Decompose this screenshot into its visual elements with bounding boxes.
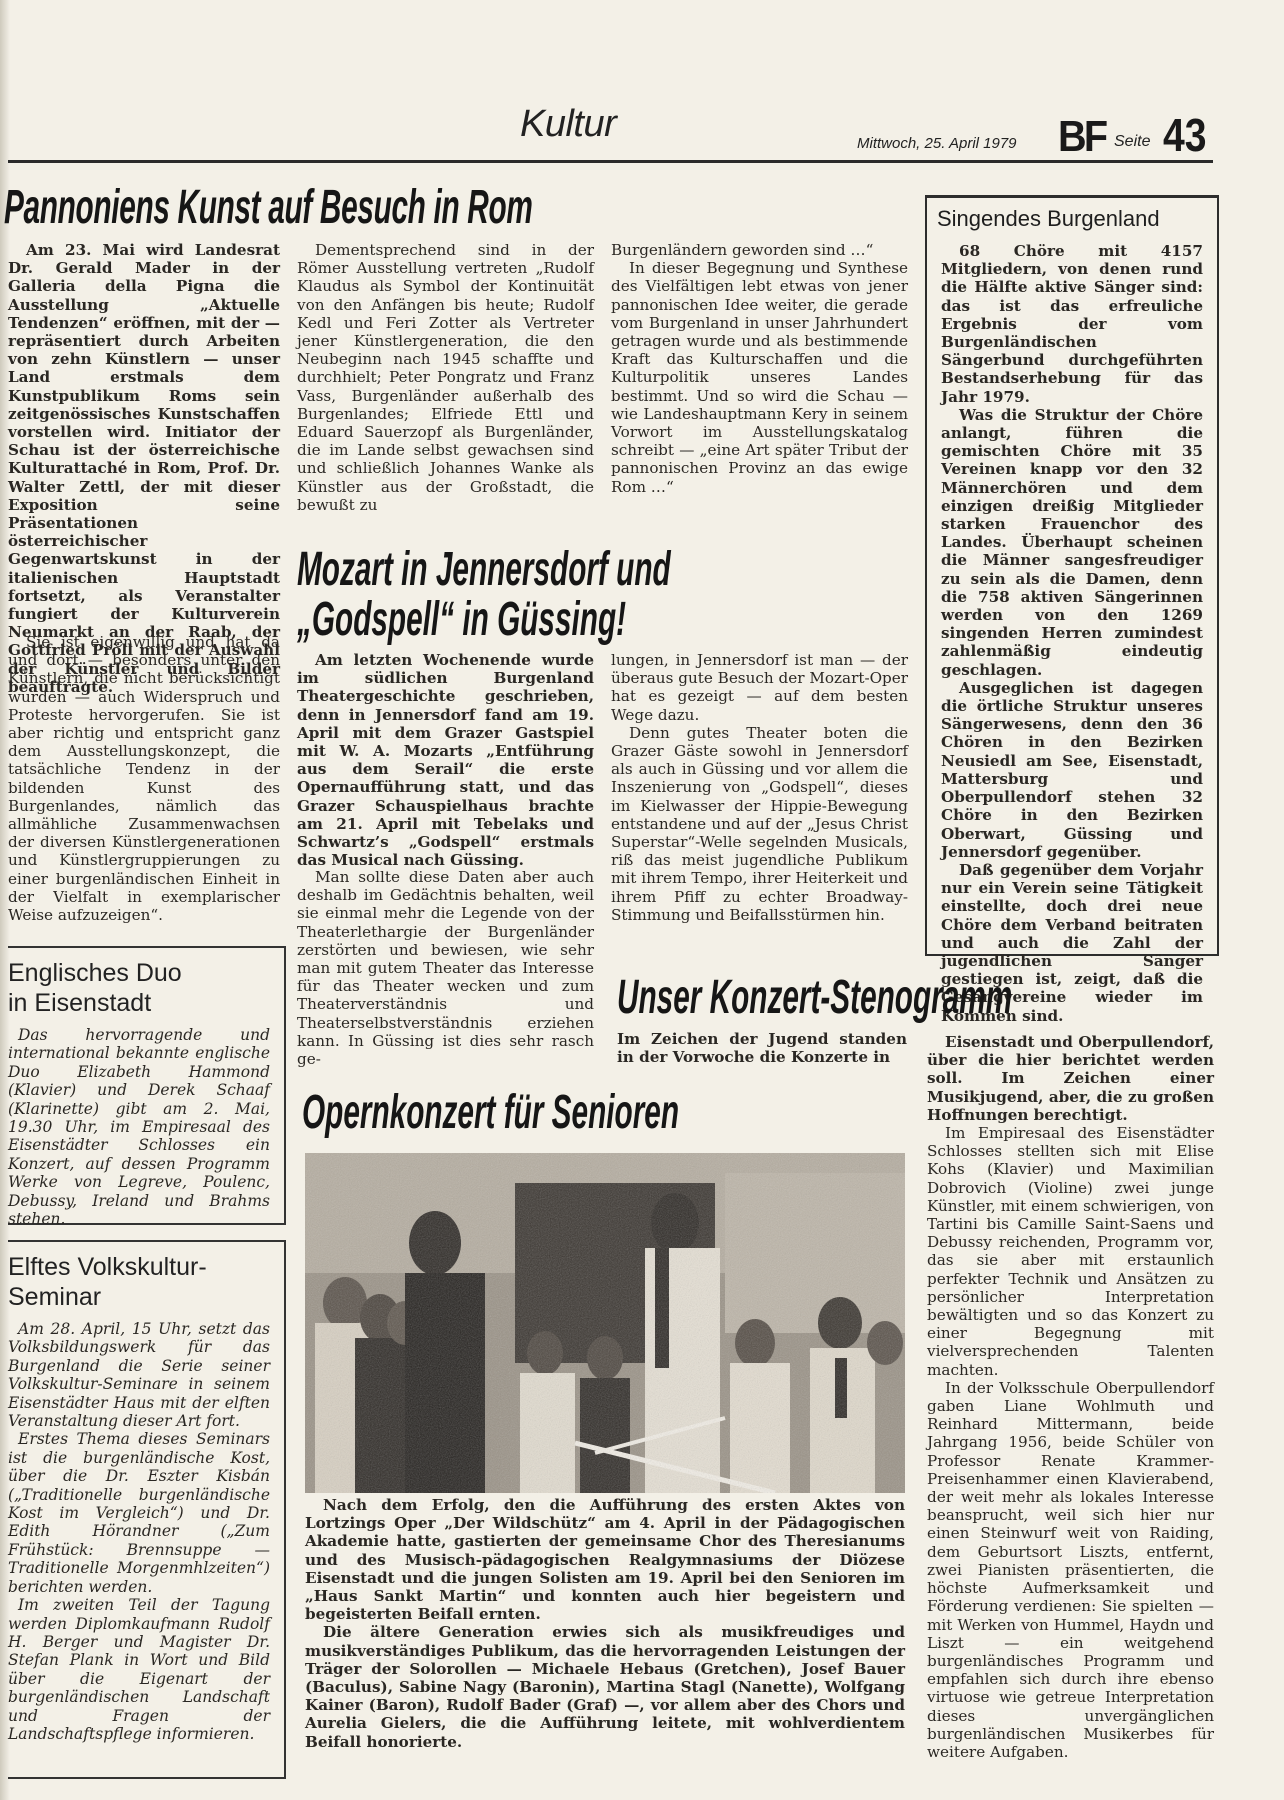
- box-title-line: Elftes Volkskultur-: [8, 1252, 284, 1282]
- konzert-lead: Im Zeichen der Jugend standen in der Vor…: [617, 1030, 907, 1066]
- pannonien-col3: Burgenländern geworden sind …“ In dieser…: [611, 241, 908, 496]
- masthead-rule: [8, 160, 1213, 163]
- konzert-paragraph-2: Im Empiresaal des Eisenstädter Schlosses…: [927, 1124, 1214, 1379]
- box-title: Elftes Volkskultur- Seminar: [8, 1252, 284, 1312]
- sidebar-box-englisches-duo: Englisches Duo in Eisenstadt Das hervorr…: [8, 946, 286, 1225]
- mozart-paragraph-2: Man sollte diese Daten aber auch deshalb…: [297, 868, 594, 1068]
- headline-pannonien: Pannoniens Kunst auf Besuch in Rom: [4, 180, 533, 235]
- pannonien-lead: Am 23. Mai wird Landesrat Dr. Gerald Mad…: [8, 241, 280, 696]
- box-title-line: in Eisenstadt: [8, 988, 284, 1018]
- box-paragraph: Das hervorragende und international beka…: [8, 1026, 270, 1228]
- mozart-col1-cont: Man sollte diese Daten aber auch deshalb…: [297, 868, 594, 1068]
- sidebar-box-volkskultur-seminar: Elftes Volkskultur- Seminar Am 28. April…: [8, 1240, 286, 1779]
- mozart-lead: Am letzten Wochenende wurde im südlichen…: [297, 651, 594, 869]
- opern-paragraph-1: Nach dem Erfolg, den die Aufführung des …: [305, 1496, 905, 1623]
- headline-opernkonzert: Opernkonzert für Senioren: [302, 1085, 679, 1140]
- box-body: Am 28. April, 15 Uhr, setzt das Volksbil…: [8, 1320, 270, 1743]
- photo-image: [305, 1153, 905, 1493]
- headline-line-1: Mozart in Jennersdorf und: [297, 545, 671, 595]
- issue-date: Mittwoch, 25. April 1979: [857, 135, 1017, 152]
- konzert-col: Eisenstadt und Oberpullendorf, über die …: [927, 1033, 1214, 1761]
- section-title: Kultur: [520, 103, 616, 146]
- pannonien-paragraph-3-cont: Burgenländern geworden sind …“: [611, 241, 908, 259]
- headline-konzert-stenogramm: Unser Konzert-Stenogramm: [617, 970, 1012, 1025]
- box-paragraph: Erstes Thema dieses Seminars ist die bur…: [8, 1430, 270, 1596]
- box-title-line: Seminar: [8, 1282, 284, 1312]
- pannonien-lead-text: Am 23. Mai wird Landesrat Dr. Gerald Mad…: [8, 241, 280, 696]
- mozart-paragraph-3: Denn gutes Theater boten die Grazer Gäst…: [611, 724, 908, 924]
- box-body: Das hervorragende und international beka…: [8, 1026, 270, 1228]
- pannonien-paragraph-4: In dieser Begegnung und Synthese des Vie…: [611, 259, 908, 496]
- headline-line-2: „Godspell“ in Güssing!: [297, 595, 671, 645]
- box-paragraph: Am 28. April, 15 Uhr, setzt das Volksbil…: [8, 1320, 270, 1430]
- opern-article-body: Nach dem Erfolg, den die Aufführung des …: [305, 1496, 905, 1751]
- box-title-line: Englisches Duo: [8, 958, 284, 988]
- box-body: 68 Chöre mit 4157 Mitgliedern, von denen…: [941, 242, 1203, 1025]
- konzert-paragraph-3: In der Volksschule Oberpullendorf gaben …: [927, 1379, 1214, 1761]
- newspaper-logo: BF: [1058, 112, 1105, 162]
- opern-paragraph-2: Die ältere Generation erwies sich als mu…: [305, 1623, 905, 1750]
- konzert-lead-cont: Eisenstadt und Oberpullendorf, über die …: [927, 1033, 1214, 1124]
- pannonien-col2: Dementsprechend sind in der Römer Ausste…: [297, 241, 594, 514]
- mozart-col2: lungen, in Jennersdorf ist man — der übe…: [611, 651, 908, 924]
- box-title: Singendes Burgenland: [937, 206, 1217, 232]
- box-paragraph: Ausgeglichen ist dagegen die örtliche St…: [941, 679, 1203, 861]
- mozart-lead-text: Am letzten Wochenende wurde im südlichen…: [297, 651, 594, 869]
- box-paragraph: 68 Chöre mit 4157 Mitgliedern, von denen…: [941, 242, 1203, 406]
- sidebar-box-singendes-burgenland: Singendes Burgenland 68 Chöre mit 4157 M…: [925, 195, 1219, 956]
- pannonien-paragraph-3: Dementsprechend sind in der Römer Ausste…: [297, 241, 594, 514]
- box-paragraph: Was die Struktur der Chöre anlangt, führ…: [941, 406, 1203, 679]
- mozart-paragraph-2-cont: lungen, in Jennersdorf ist man — der übe…: [611, 651, 908, 724]
- news-photo: [305, 1153, 905, 1493]
- page-number: 43: [1163, 108, 1206, 162]
- headline-mozart: Mozart in Jennersdorf und „Godspell“ in …: [297, 545, 671, 645]
- pannonien-paragraph-2: Sie ist eigenwillig und hat da und dort …: [8, 633, 280, 924]
- page-label: Seite: [1114, 133, 1150, 151]
- box-title: Englisches Duo in Eisenstadt: [8, 958, 284, 1018]
- box-paragraph: Im zweiten Teil der Tagung werden Diplom…: [8, 1596, 270, 1743]
- pannonien-col1-cont: Sie ist eigenwillig und hat da und dort …: [8, 633, 280, 924]
